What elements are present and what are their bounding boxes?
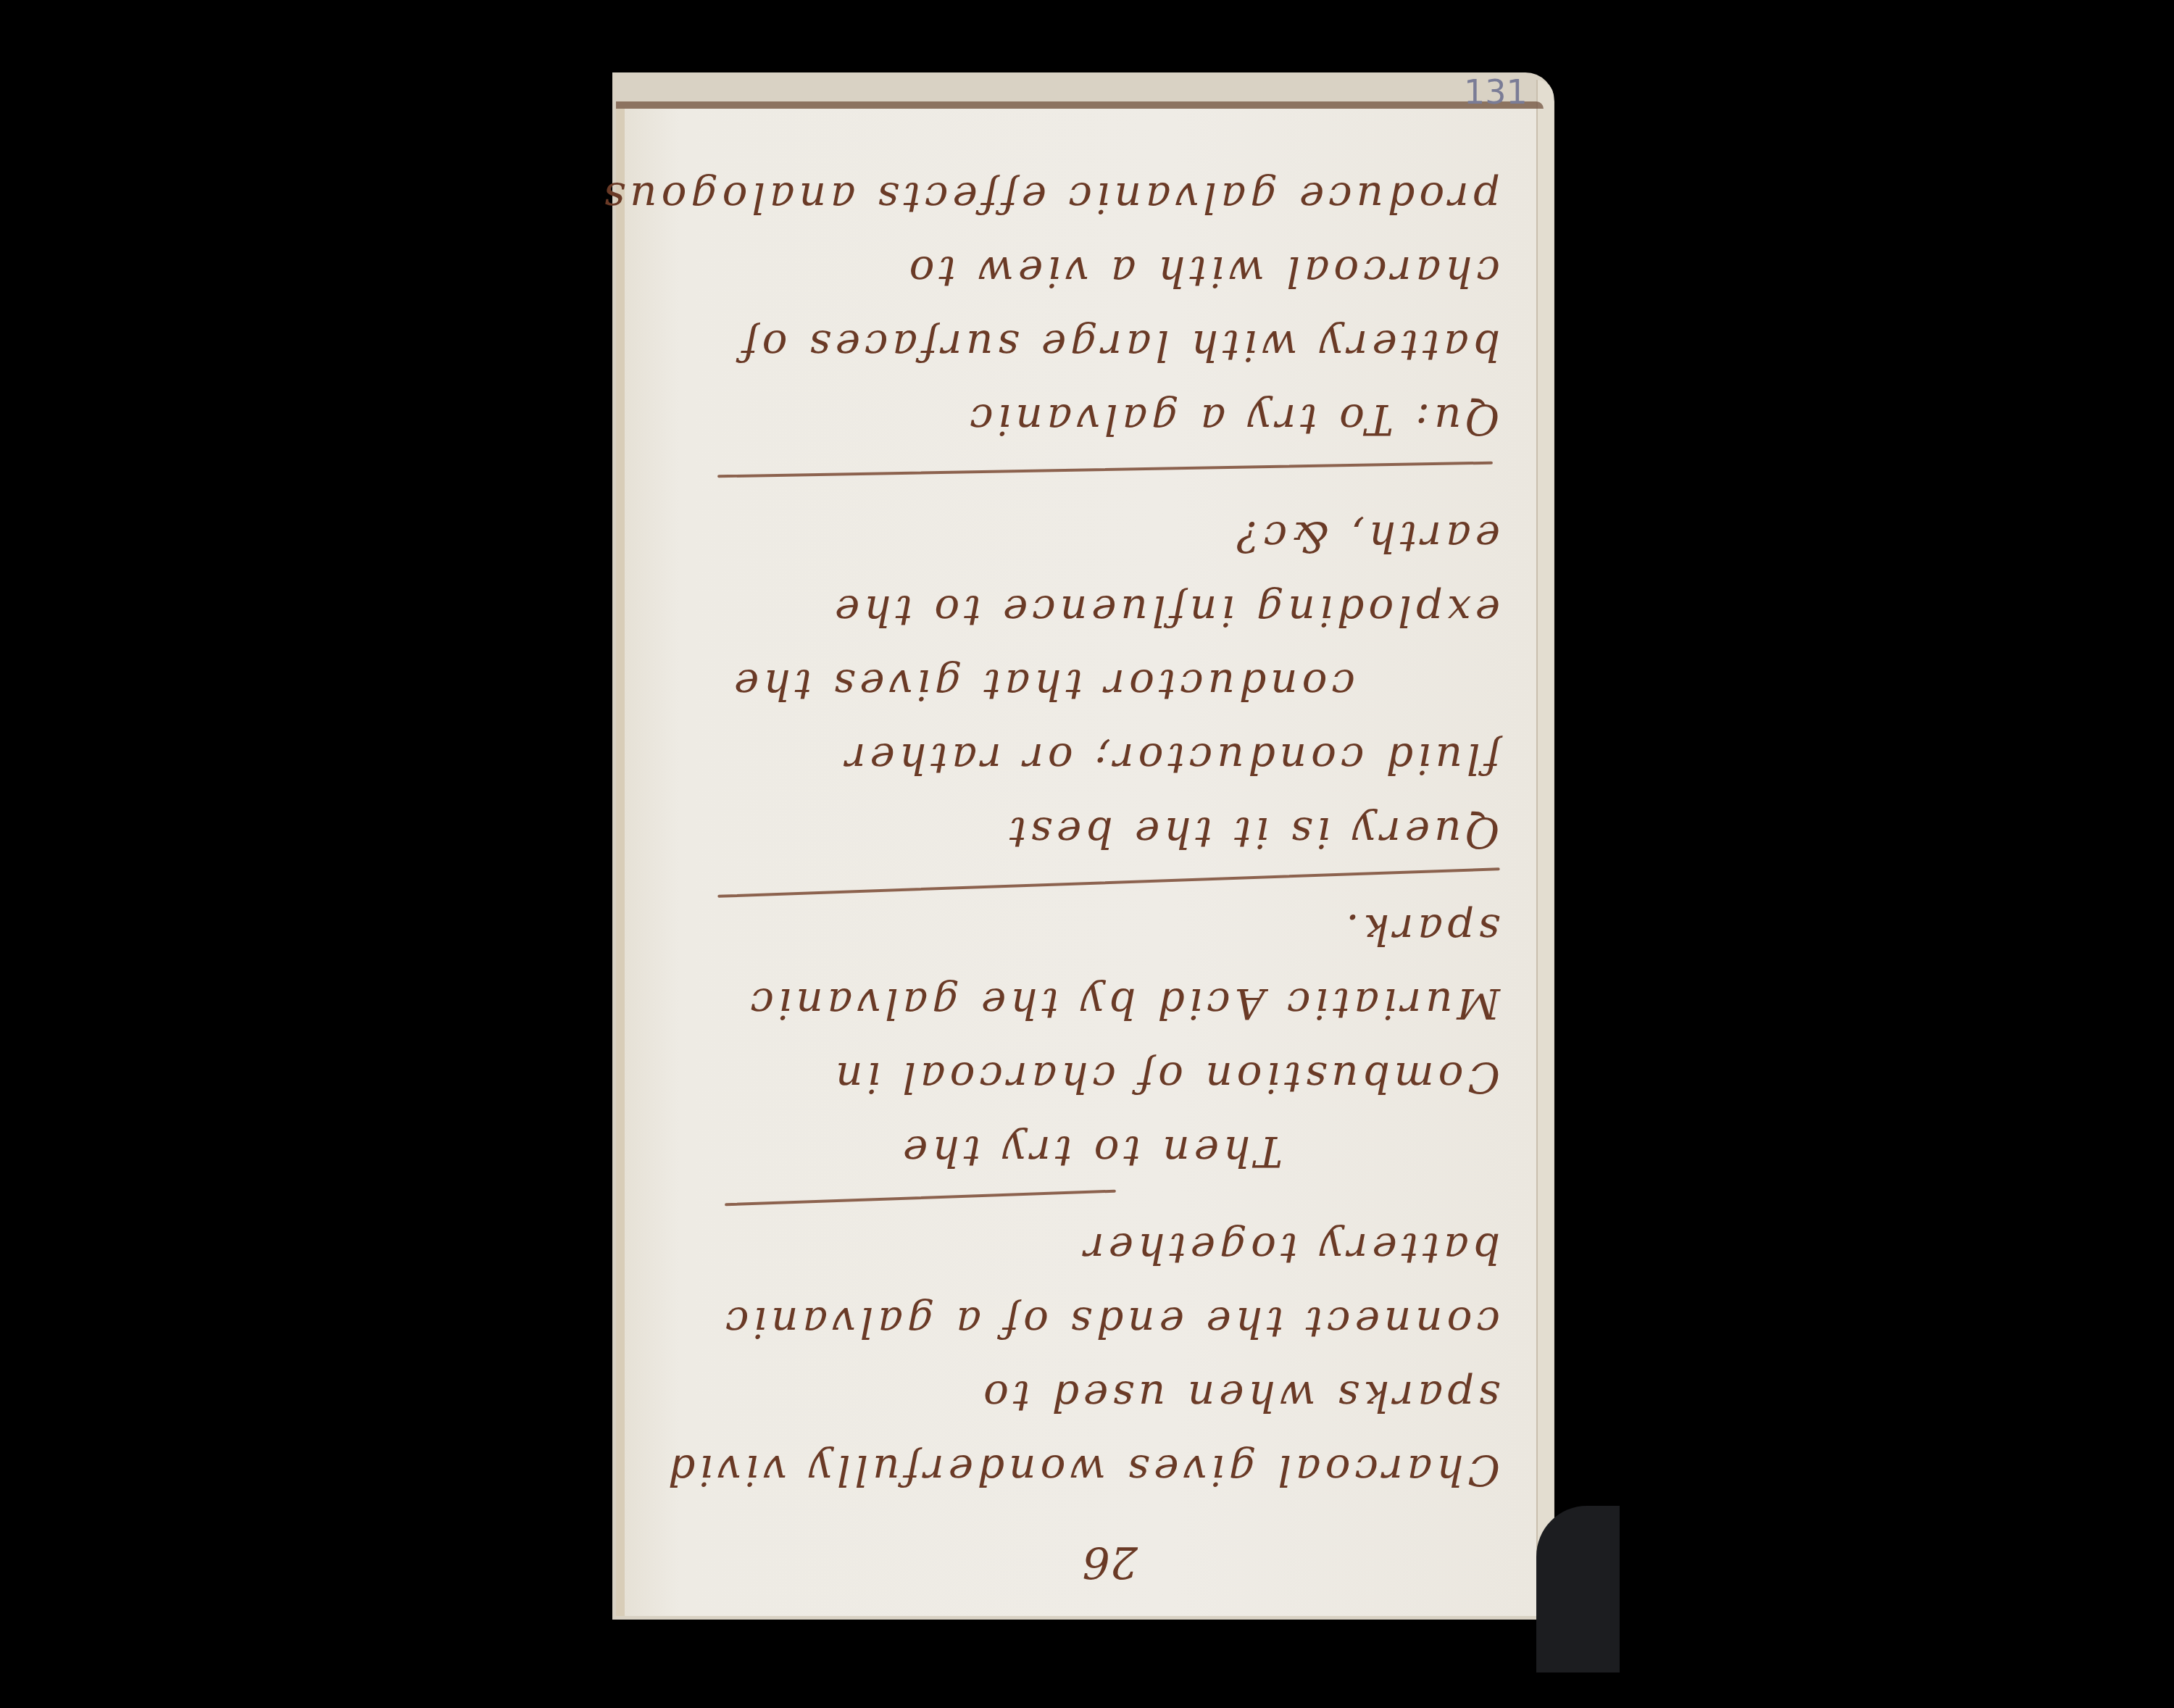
entry-charcoal-sparks: Charcoal gives wonderfully vivid sparks … [703, 1212, 1500, 1507]
divider-line [717, 462, 1493, 478]
page-top-edge [616, 101, 1544, 109]
entry-charcoal-battery: Qu: To try a galvanic battery with large… [703, 161, 1500, 457]
page-fore-edge [1536, 80, 1554, 1623]
book-weight-clip [1536, 1506, 1620, 1672]
folio-number: 131 [1464, 72, 1528, 112]
entry-combustion-muriatic: Then to try the Combustion of charcoal i… [703, 893, 1500, 1188]
entry-query-conductor: Query is it the best fluid conductor; or… [703, 500, 1500, 870]
page-number: 26 [1083, 1536, 1138, 1587]
manuscript-text-rotated: 26 Charcoal gives wonderfully vivid spar… [674, 109, 1529, 1616]
divider-line [725, 1190, 1116, 1207]
